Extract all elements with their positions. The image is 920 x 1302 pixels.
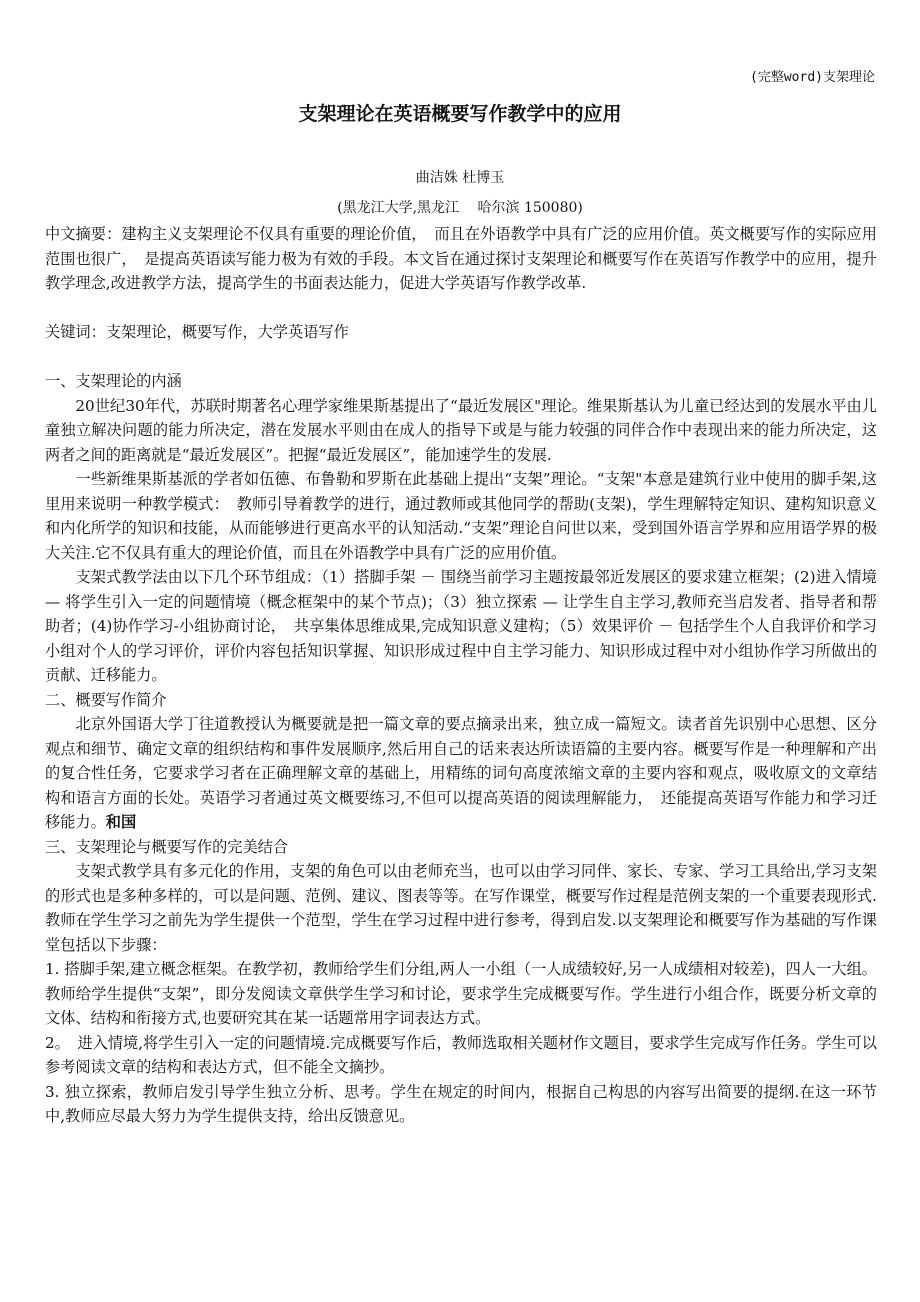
paragraph: 北京外国语大学丁往道教授认为概要就是把一篇文章的要点摘录出来，独立成一篇短文。读…: [45, 712, 877, 835]
step-item: 3. 独立探索，教师启发引导学生独立分析、思考。学生在规定的时间内，根据自己构思…: [45, 1080, 877, 1129]
paragraph: 支架式教学法由以下几个环节组成：（1）搭脚手架 － 围绕当前学习主题按最邻近发展…: [45, 565, 877, 688]
paragraph: 一些新维果斯基派的学者如伍德、布鲁勒和罗斯在此基础上提出“支架”理论。“支架"本…: [45, 467, 877, 565]
authors: 曲洁姝 杜博玉: [0, 167, 920, 187]
document-title: 支架理论在英语概要写作教学中的应用: [0, 99, 920, 126]
step-item: 1. 搭脚手架,建立概念框架。在教学初，教师给学生们分组,两人一小组（一人成绩较…: [45, 957, 877, 1031]
section-heading: 一、支架理论的内涵: [45, 369, 877, 394]
document-body: 中文摘要：建构主义支架理论不仅具有重要的理论价值， 而且在外语教学中具有广泛的应…: [45, 222, 877, 1129]
running-header: (完整word)支架理论: [750, 66, 875, 85]
spacer: [45, 345, 877, 370]
paragraph: 20世纪30年代，苏联时期著名心理学家维果斯基提出了“最近发展区"理论。维果斯基…: [45, 394, 877, 468]
spacer: [45, 296, 877, 321]
affiliation: (黑龙江大学,黑龙江 哈尔滨 150080): [0, 197, 920, 217]
step-item: 2。 进入情境,将学生引入一定的问题情境.完成概要写作后，教师选取相关题材作文题…: [45, 1031, 877, 1080]
abstract: 中文摘要：建构主义支架理论不仅具有重要的理论价值， 而且在外语教学中具有广泛的应…: [45, 222, 877, 296]
paragraph-text: 北京外国语大学丁往道教授认为概要就是把一篇文章的要点摘录出来，独立成一篇短文。读…: [45, 715, 877, 831]
keywords: 关键词：支架理论，概要写作，大学英语写作: [45, 320, 877, 345]
section-heading: 三、支架理论与概要写作的完美结合: [45, 835, 877, 860]
bold-fragment: 和国: [106, 813, 136, 831]
paragraph: 支架式教学具有多元化的作用，支架的角色可以由老师充当，也可以由学习同伴、家长、专…: [45, 859, 877, 957]
document-page: (完整word)支架理论 支架理论在英语概要写作教学中的应用 曲洁姝 杜博玉 (…: [0, 0, 920, 1302]
section-heading: 二、概要写作简介: [45, 688, 877, 713]
